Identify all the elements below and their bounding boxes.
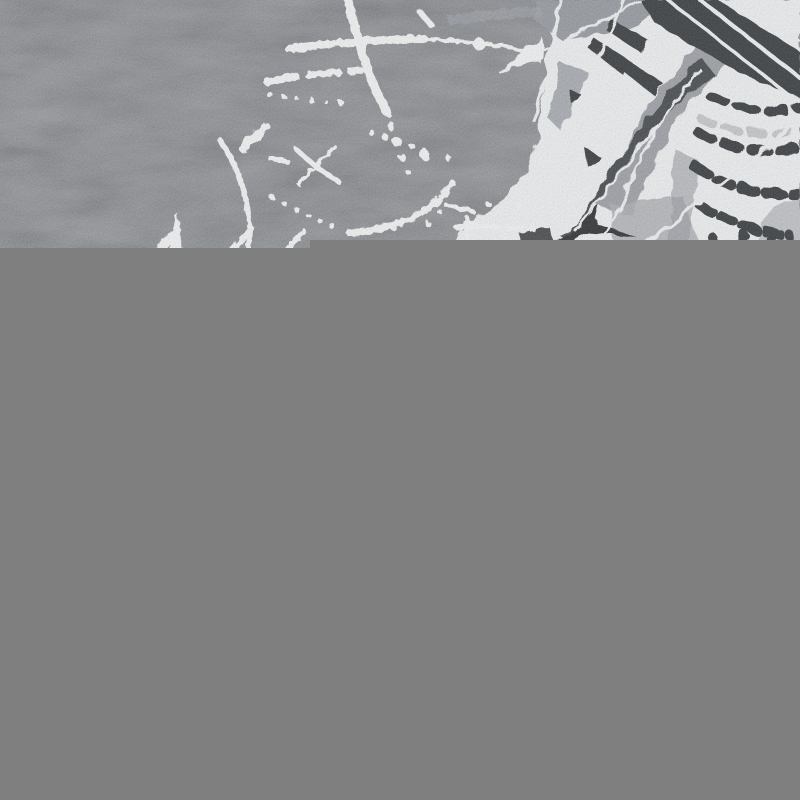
partial-decode-step-cover (310, 240, 800, 248)
unloaded-image-placeholder (0, 248, 800, 800)
partially-loaded-product-photo (0, 0, 800, 248)
screenshot-canvas (0, 0, 800, 800)
knit-texture-overlay (0, 0, 800, 248)
fabric-photo-loaded-band (0, 0, 800, 248)
